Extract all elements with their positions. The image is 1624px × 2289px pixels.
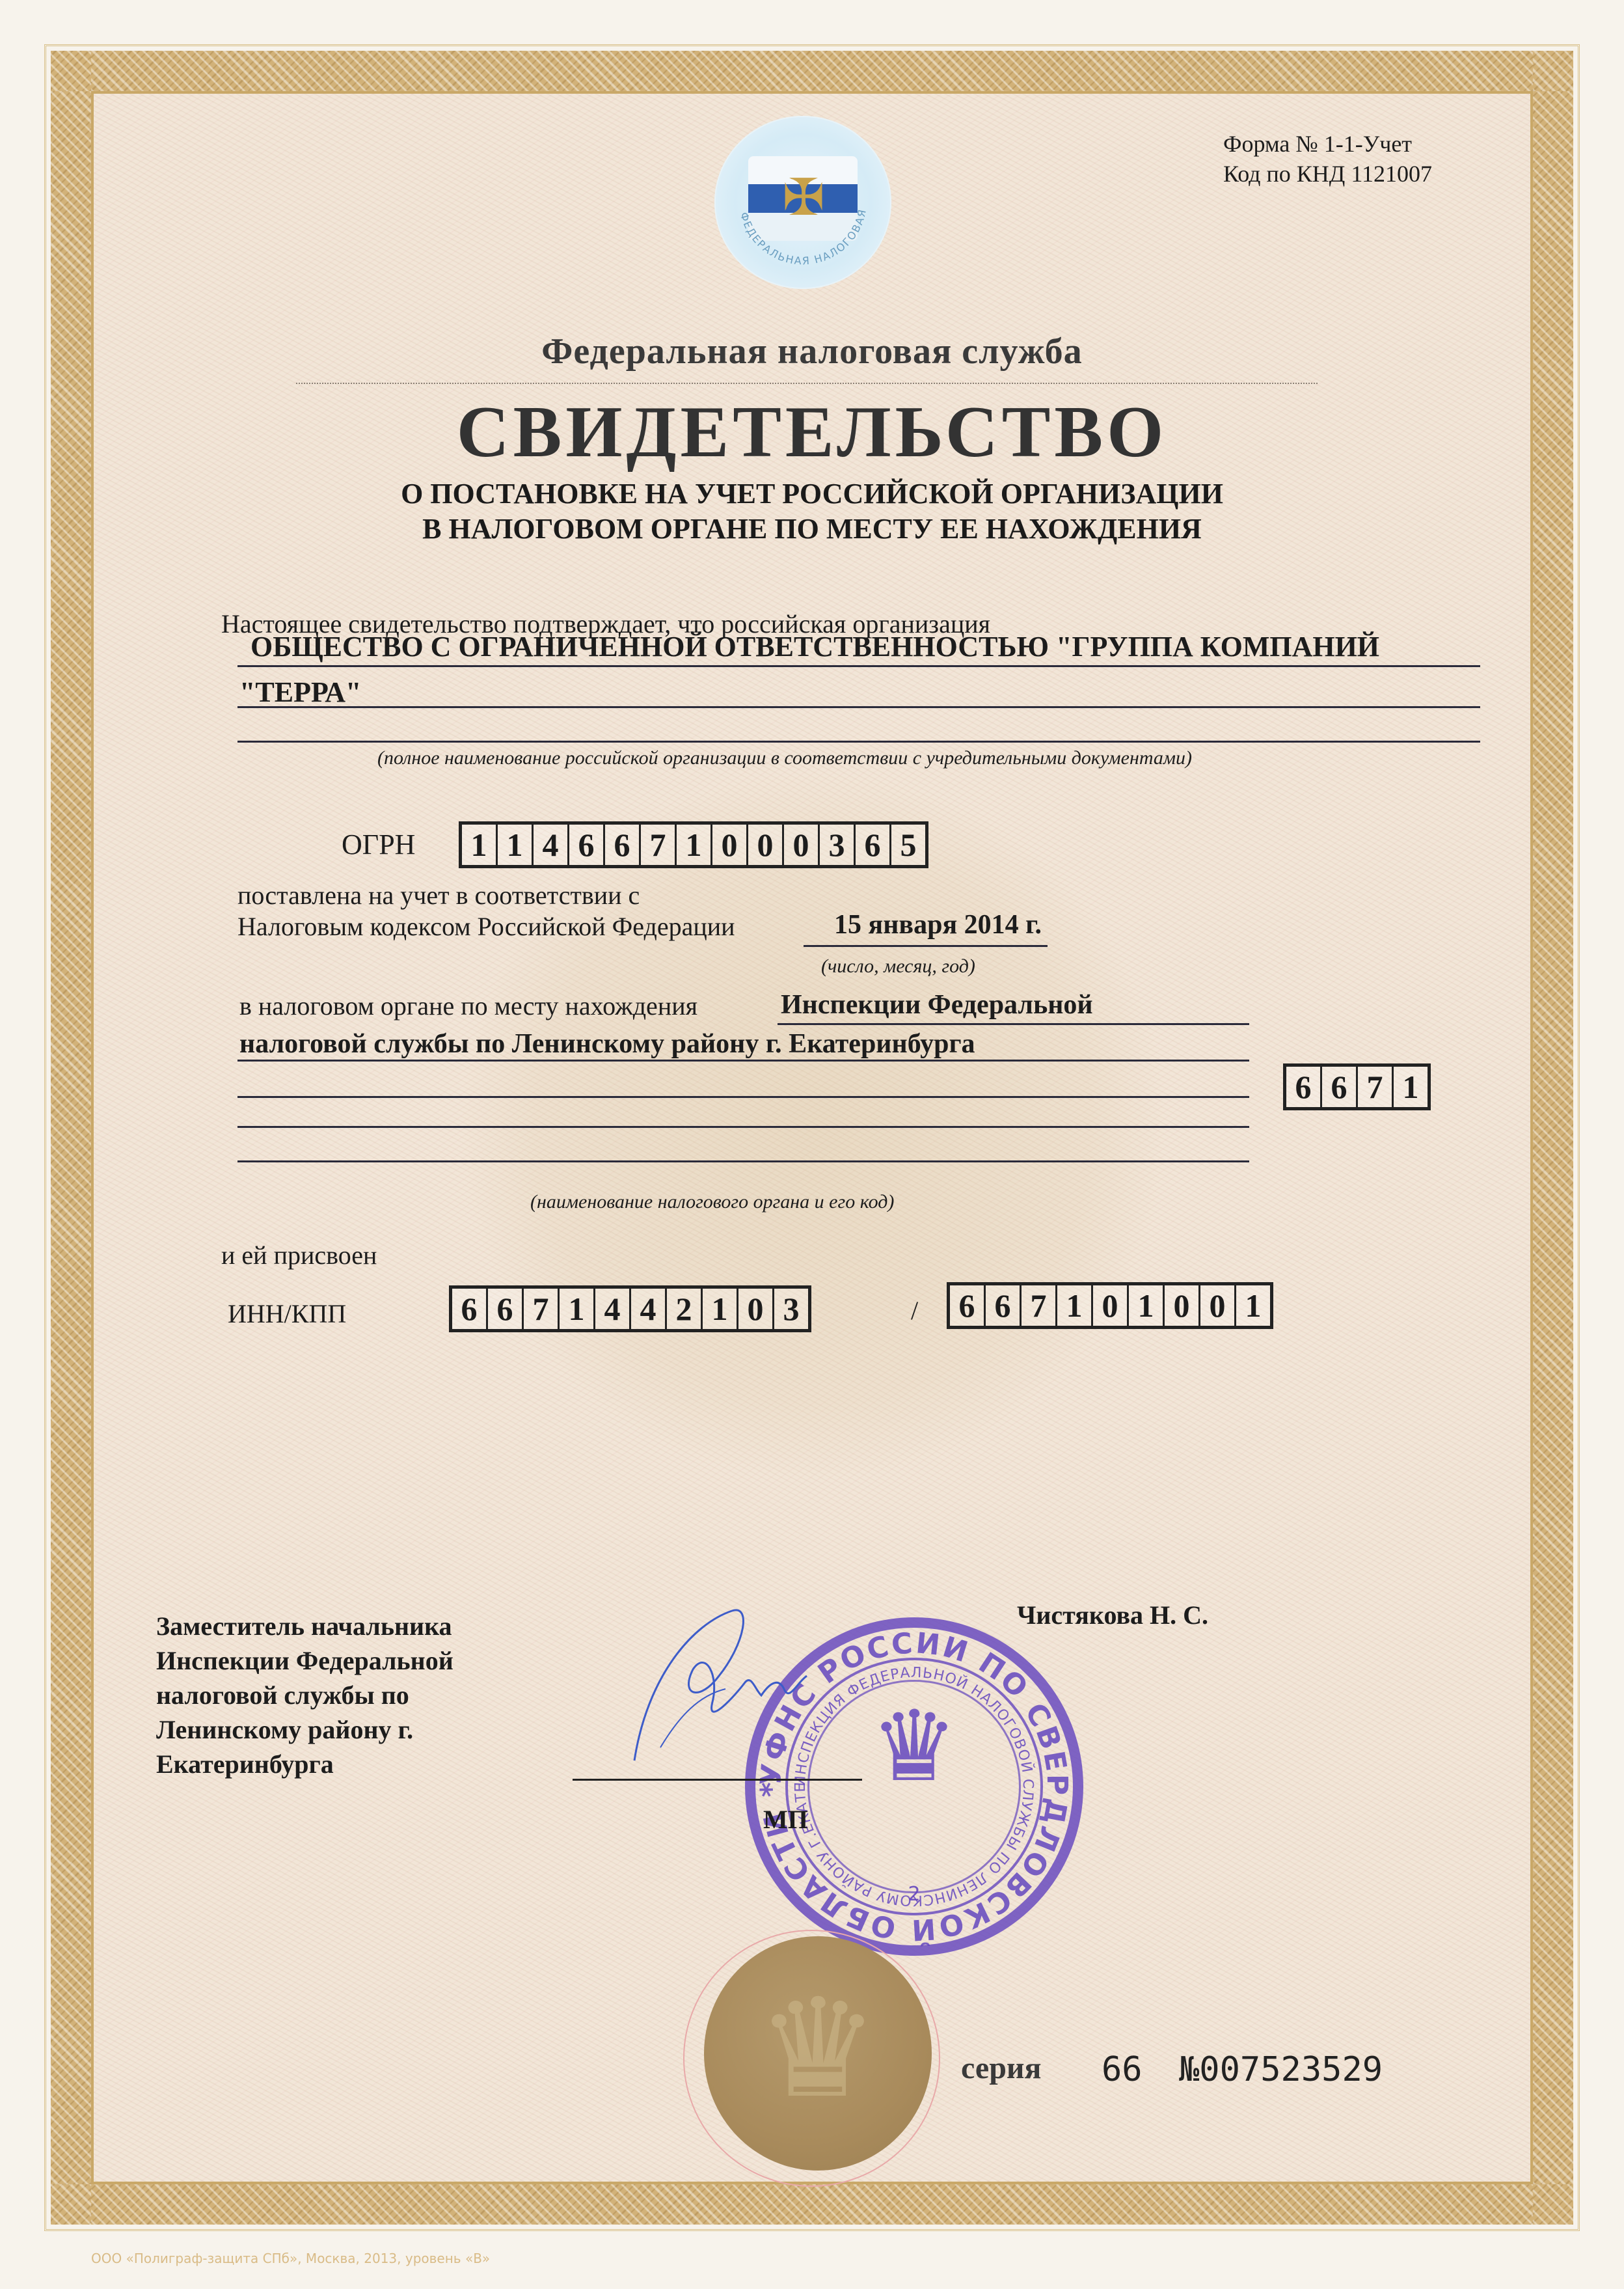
kpp-digit-cell: 0 (1165, 1285, 1200, 1326)
tax-office-name-part-2: налоговой службы по Ленинскому району г.… (239, 1028, 975, 1060)
tax-office-intro: в налоговом органе по месту нахождения (239, 991, 697, 1021)
stamp-number: 2 (755, 1883, 1073, 1906)
inn-digit-cell: 7 (524, 1289, 560, 1329)
svg-text:ФЕДЕРАЛЬНАЯ НАЛОГОВАЯ СЛУЖБА: ФЕДЕРАЛЬНАЯ НАЛОГОВАЯ СЛУЖБА (714, 116, 869, 267)
inn-digit-cell: 1 (703, 1289, 738, 1329)
inn-digit-cell: 6 (488, 1289, 524, 1329)
office-rule-1 (778, 1023, 1249, 1025)
subtitle-line-2: В НАЛОГОВОМ ОРГАНЕ ПО МЕСТУ ЕЕ НАХОЖДЕНИ… (0, 512, 1624, 547)
name-rule-2 (237, 706, 1480, 708)
ogrn-digit-cell: 0 (748, 825, 784, 865)
organization-name-line-2: "ТЕРРА" (239, 676, 361, 709)
signer-position: Заместитель начальникаИнспекции Федераль… (156, 1609, 453, 1781)
ogrn-digit-cell: 4 (534, 825, 569, 865)
ogrn-digit-cell: 6 (569, 825, 605, 865)
office-code-digit-cell: 6 (1322, 1067, 1358, 1107)
organization-caption: (полное наименование российской организа… (377, 747, 1192, 769)
date-caption: (число, месяц, год) (821, 955, 975, 978)
knd-code: Код по КНД 1121007 (1223, 159, 1432, 189)
form-number: Форма № 1-1-Учет (1223, 129, 1432, 159)
ogrn-digit-cell: 6 (856, 825, 891, 865)
ogrn-digit-cell: 5 (891, 825, 925, 865)
registration-line-2: Налоговым кодексом Российской Федерации (237, 911, 735, 942)
kpp-digit-cell: 0 (1093, 1285, 1129, 1326)
signer-position-line: налоговой службы по (156, 1678, 453, 1712)
inn-digit-cell: 4 (631, 1289, 667, 1329)
assigned-intro: и ей присвоен (221, 1240, 377, 1270)
ogrn-digit-cell: 1 (498, 825, 534, 865)
name-rule-3 (237, 741, 1480, 743)
signature-line (573, 1779, 862, 1781)
inn-digit-cell: 0 (738, 1289, 774, 1329)
ogrn-digit-cell: 0 (784, 825, 820, 865)
inn-digit-cell: 2 (667, 1289, 703, 1329)
office-code-digit-cell: 7 (1358, 1067, 1394, 1107)
certificate-title: СВИДЕТЕЛЬСТВО (0, 391, 1624, 474)
organization-name-line-1: ОБЩЕСТВО С ОГРАНИЧЕННОЙ ОТВЕТСТВЕННОСТЬЮ… (250, 630, 1379, 663)
office-rule-3 (237, 1096, 1249, 1098)
inn-digit-cell: 6 (452, 1289, 488, 1329)
form-code: Форма № 1-1-Учет Код по КНД 1121007 (1223, 129, 1432, 189)
agency-divider (296, 383, 1318, 384)
ogrn-digit-cell: 7 (641, 825, 677, 865)
ogrn-digits: 1146671000365 (459, 821, 928, 868)
office-code-digit-cell: 1 (1394, 1067, 1428, 1107)
series-label: серия (961, 2050, 1042, 2086)
inn-digit-cell: 4 (595, 1289, 631, 1329)
certificate-number: №007523529 (1179, 2050, 1383, 2089)
tax-office-code-digits: 6671 (1283, 1063, 1431, 1110)
subtitle-line-1: О ПОСТАНОВКЕ НА УЧЕТ РОССИЙСКОЙ ОРГАНИЗА… (0, 476, 1624, 512)
kpp-digit-cell: 0 (1200, 1285, 1236, 1326)
ogrn-digit-cell: 3 (820, 825, 856, 865)
signer-position-line: Инспекции Федеральной (156, 1643, 453, 1678)
inn-digit-cell: 3 (774, 1289, 808, 1329)
ogrn-digit-cell: 0 (712, 825, 748, 865)
tax-office-name-part-1: Инспекции Федеральной (781, 989, 1093, 1021)
office-rule-4 (237, 1126, 1249, 1128)
office-code-digit-cell: 6 (1286, 1067, 1322, 1107)
gold-embossed-seal: ♛ (704, 1936, 932, 2171)
office-rule-2 (237, 1060, 1249, 1062)
signer-position-line: Заместитель начальника (156, 1609, 453, 1643)
inn-kpp-label: ИНН/КПП (228, 1298, 346, 1329)
date-rule (804, 945, 1048, 947)
ogrn-digit-cell: 1 (677, 825, 712, 865)
name-rule-1 (237, 665, 1480, 667)
kpp-digits: 667101001 (947, 1282, 1273, 1329)
hologram-ring-text: ФЕДЕРАЛЬНАЯ НАЛОГОВАЯ СЛУЖБА (714, 116, 891, 289)
office-rule-5 (237, 1160, 1249, 1162)
inn-kpp-separator: / (911, 1295, 918, 1326)
kpp-digit-cell: 1 (1236, 1285, 1270, 1326)
kpp-digit-cell: 1 (1057, 1285, 1093, 1326)
embossed-eagle-icon: ♛ (704, 1969, 932, 2129)
ogrn-digit-cell: 1 (462, 825, 498, 865)
kpp-digit-cell: 6 (986, 1285, 1022, 1326)
kpp-digit-cell: 1 (1129, 1285, 1165, 1326)
tax-office-caption: (наименование налогового органа и его ко… (530, 1191, 894, 1213)
ogrn-digit-cell: 6 (605, 825, 641, 865)
printer-note: ООО «Полиграф-защита СПб», Москва, 2013,… (91, 2251, 490, 2266)
signer-position-line: Екатеринбурга (156, 1747, 453, 1781)
certificate-subtitle: О ПОСТАНОВКЕ НА УЧЕТ РОССИЙСКОЙ ОРГАНИЗА… (0, 476, 1624, 547)
kpp-digit-cell: 7 (1022, 1285, 1057, 1326)
hologram-sticker: ✠ ФЕДЕРАЛЬНАЯ НАЛОГОВАЯ СЛУЖБА (714, 116, 891, 289)
inn-digit-cell: 1 (560, 1289, 595, 1329)
registration-date: 15 января 2014 г. (834, 909, 1042, 940)
agency-title: Федеральная налоговая служба (0, 331, 1624, 372)
ogrn-label: ОГРН (342, 828, 415, 861)
signer-position-line: Ленинскому району г. (156, 1712, 453, 1747)
kpp-digit-cell: 6 (950, 1285, 986, 1326)
handwritten-signature (621, 1598, 817, 1780)
seal-place-label: МП (763, 1804, 808, 1835)
registration-line-1: поставлена на учет в соответствии с (237, 880, 640, 911)
inn-digits: 6671442103 (449, 1285, 811, 1332)
series-value: 66 (1102, 2050, 1143, 2089)
